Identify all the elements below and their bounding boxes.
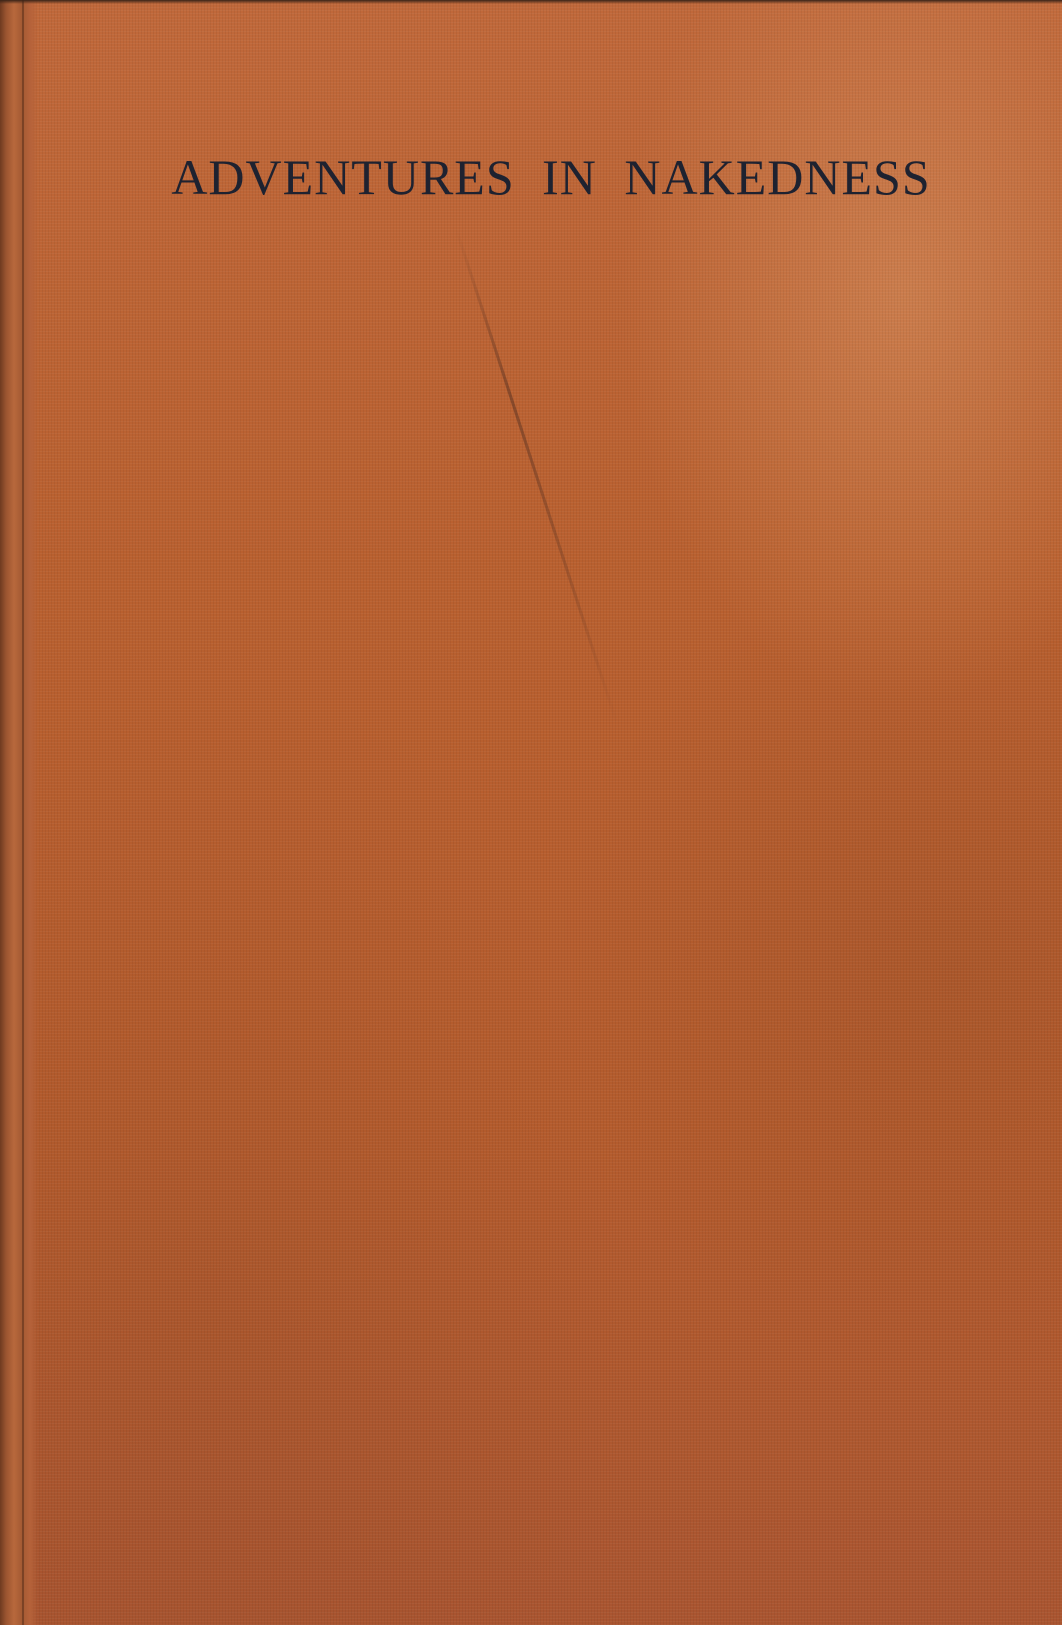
cloth-texture xyxy=(0,0,1062,1625)
spine-hinge xyxy=(0,0,38,1625)
book-cover: ADVENTURES IN NAKEDNESS xyxy=(0,0,1062,1625)
diagonal-crease xyxy=(455,229,619,724)
top-edge-shadow xyxy=(0,0,1062,4)
spine-crease-line xyxy=(22,0,24,1625)
book-title: ADVENTURES IN NAKEDNESS xyxy=(0,148,1062,206)
